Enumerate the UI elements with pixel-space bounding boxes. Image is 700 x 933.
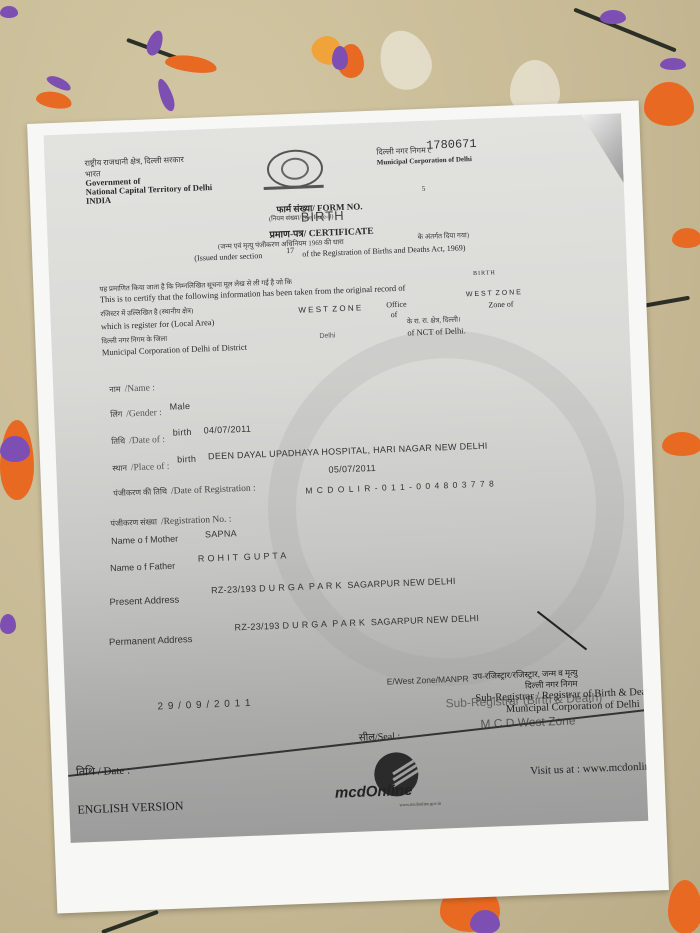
office-label: Office [386,300,407,310]
birth-certificate-paper: राष्ट्रीय राजधानी क्षेत्र, दिल्ली सरकार … [27,101,669,914]
flower-petal [155,77,178,113]
gender-label: /Gender : [126,408,162,419]
dob-row: तिथि /Date of : birth 04/07/2011 [111,426,252,449]
flower-petal [371,23,439,96]
place-hindi: स्थान [112,463,127,473]
flower-petal [45,73,73,93]
register-english: which is register for (Local Area) [101,317,215,331]
emblem-base [264,185,324,190]
mother-label: Name o f Mother [111,534,178,547]
flower-petal [660,58,686,70]
watermark [261,324,630,693]
certificate-type: BIRTH [301,208,345,225]
issued-under: (Issued under section [194,251,262,263]
record-type: BIRTH [473,270,496,277]
page-mark: 5 [422,185,426,193]
name-label: /Name : [124,383,155,394]
zone-value: W E S T Z O N E [466,289,521,298]
place-label: /Place of : [131,462,170,473]
flower-petal [470,910,500,933]
of-label: of [390,310,397,319]
dob-label: /Date of : [129,435,165,446]
mcd-hindi: दिल्ली नगर निगम c [376,145,431,158]
flower-petal [668,880,700,933]
present-address-label: Present Address [109,595,179,609]
name-row: नाम /Name : [109,377,155,397]
registration-number-row: पंजीकरण संख्या /Registration No. : [110,508,232,531]
permanent-address-label: Permanent Address [109,634,193,648]
reg-date-value: 05/07/2011 [328,463,376,475]
father-label: Name o f Father [110,561,175,573]
district-value: Delhi [319,332,335,340]
name-hindi: नाम [109,385,121,394]
flower-petal [0,6,18,18]
flower-petal [672,228,700,248]
dob-value: 04/07/2011 [203,424,251,436]
gender-hindi: लिंग [110,410,122,419]
flower-petal [662,432,700,456]
serial-number: 1780671 [426,137,477,153]
dob-hindi: तिथि [111,437,125,447]
reg-date-label: /Date of Registration : [171,484,256,497]
flower-stem [640,296,690,309]
printed-certificate: राष्ट्रीय राजधानी क्षेत्र, दिल्ली सरकार … [44,113,649,843]
registration-date-row: पंजीकरण की तिथि /Date of Registration : [113,478,256,501]
reg-no-label: /Registration No. : [161,514,232,527]
mother-value: SAPNA [205,528,237,539]
flower-petal [332,46,348,70]
flower-petal [0,436,30,462]
date-label: तिथि / Date : [76,763,131,780]
folded-corner [581,113,624,184]
flower-petal [600,10,626,24]
local-area-value: W E S T Z O N E [298,303,361,314]
father-value: R O H I T G U P T A [198,550,287,563]
act-hindi-2: के अंतर्गत दिया गया) [418,231,470,242]
english-version: ENGLISH VERSION [77,799,184,818]
flower-petal [35,89,73,111]
mcdonline-logo-url: www.mcdonline.gov.in [399,801,441,808]
flower-stem [101,910,159,933]
zone-of-label: Zone of [488,300,513,310]
mcdonline-logo-text: mcdOnline [335,782,413,802]
gender-row: लिंग /Gender : Male [110,401,191,422]
mcd-emblem-icon [266,149,323,189]
issue-date: 2 9 / 0 9 / 2 0 1 1 [157,698,251,713]
flower-petal [0,614,16,634]
gender-value: Male [169,401,190,412]
dob-prefix: birth [173,427,192,438]
flower-petal [164,52,218,75]
reg-no-hindi: पंजीकरण संख्या [110,517,157,528]
place-prefix: birth [177,454,196,465]
section-number: 17 [286,246,294,255]
flower-petal [644,82,694,126]
visit-website-link[interactable]: Visit us at : www.mcdonline.gov.in [530,759,648,777]
govt-hindi-line-1: राष्ट्रीय राजधानी क्षेत्र, दिल्ली सरकार [84,154,184,169]
govt-english-line-3: INDIA [86,195,111,206]
reg-date-hindi: पंजीकरण की तिथि [113,487,167,498]
